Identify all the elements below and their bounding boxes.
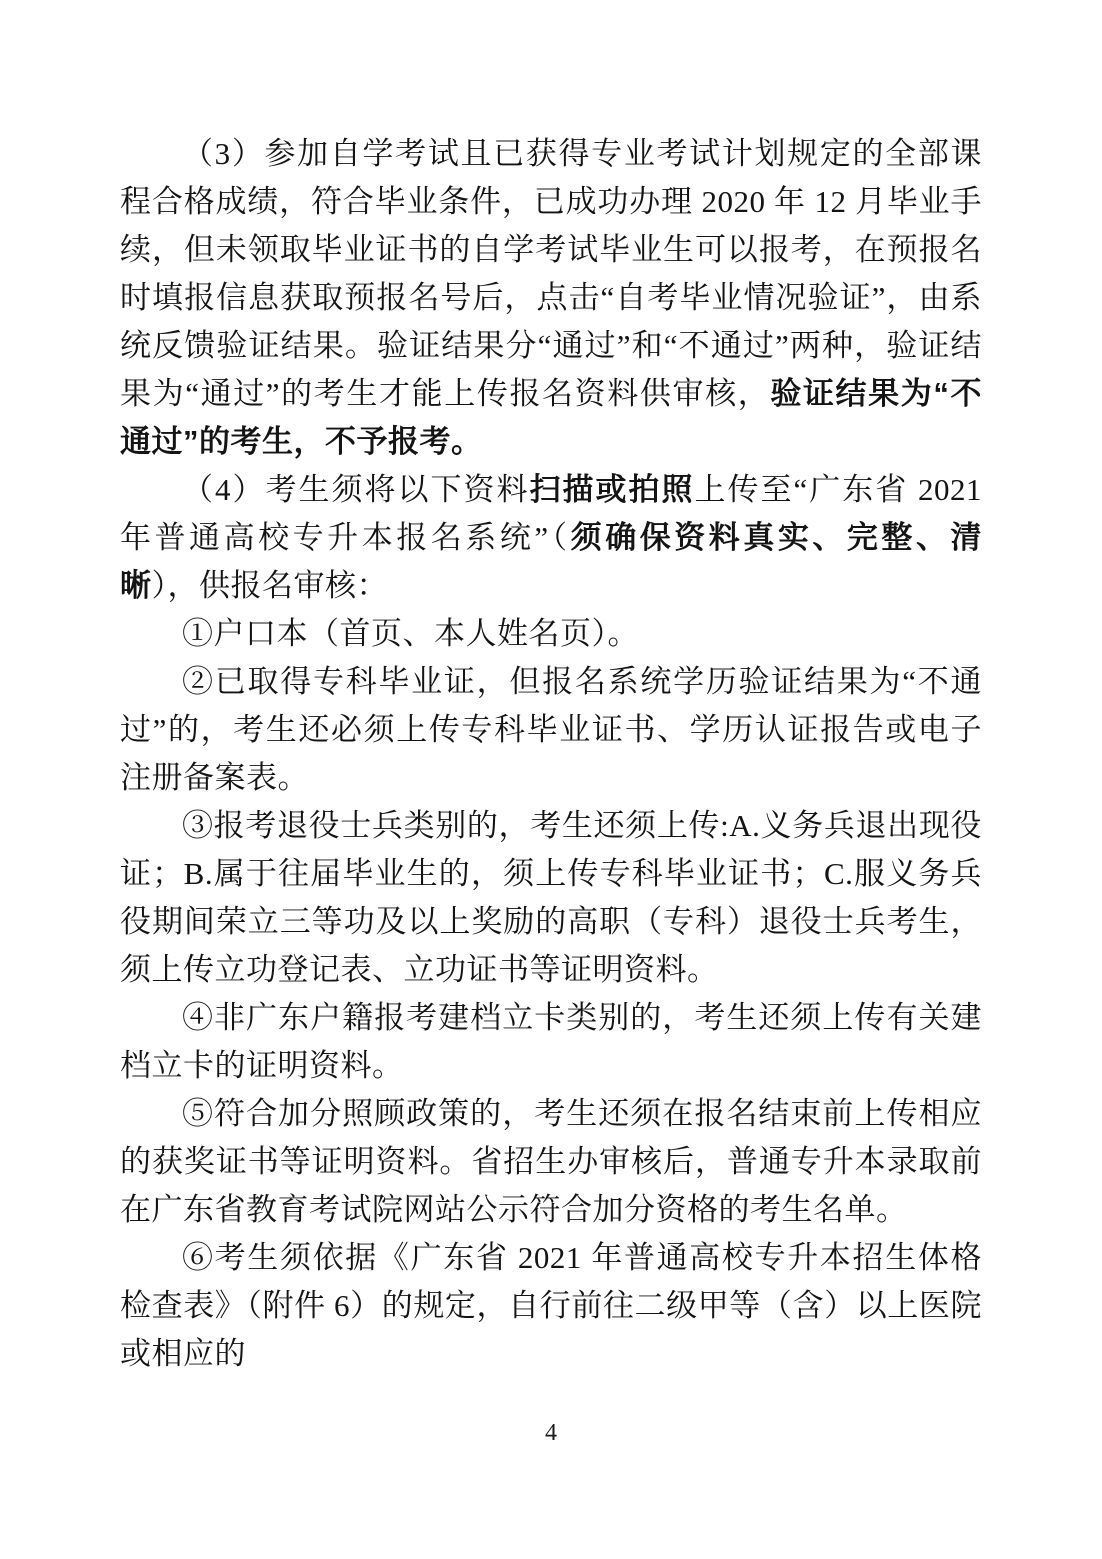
bold-text-segment: 扫描或拍照 (530, 472, 695, 507)
para-subitem-3: ③报考退役士兵类别的，考生还须上传:A.义务兵退出现役证；B.属于往届毕业生的，… (120, 802, 982, 994)
page-footer: 4 (0, 1418, 1102, 1448)
para-subitem-6: ⑥考生须依据《广东省 2021 年普通高校专升本招生体格检查表》（附件 6）的规… (120, 1234, 982, 1378)
para-item-4: （4）考生须将以下资料扫描或拍照上传至“广东省 2021 年普通高校专升本报名系… (120, 466, 982, 610)
para-subitem-1: ①户口本（首页、本人姓名页）。 (120, 610, 982, 658)
document-page: （3）参加自学考试且已获得专业考试计划规定的全部课程合格成绩，符合毕业条件，已成… (0, 0, 1102, 1559)
text-segment: ⑤符合加分照顾政策的，考生还须在报名结束前上传相应的获奖证书等证明资料。省招生办… (120, 1096, 982, 1227)
text-segment: （4）考生须将以下资料 (182, 472, 530, 507)
document-body: （3）参加自学考试且已获得专业考试计划规定的全部课程合格成绩，符合毕业条件，已成… (120, 130, 982, 1378)
text-segment: ④非广东户籍报考建档立卡类别的，考生还须上传有关建档立卡的证明资料。 (120, 1000, 982, 1083)
text-segment: ①户口本（首页、本人姓名页）。 (182, 616, 639, 651)
para-subitem-2: ②已取得专科毕业证，但报名系统学历验证结果为“不通过”的，考生还必须上传专科毕业… (120, 658, 982, 802)
para-subitem-4: ④非广东户籍报考建档立卡类别的，考生还须上传有关建档立卡的证明资料。 (120, 994, 982, 1090)
para-subitem-5: ⑤符合加分照顾政策的，考生还须在报名结束前上传相应的获奖证书等证明资料。省招生办… (120, 1090, 982, 1234)
page-number: 4 (545, 1420, 557, 1446)
text-segment: ②已取得专科毕业证，但报名系统学历验证结果为“不通过”的，考生还必须上传专科毕业… (120, 664, 982, 795)
para-item-3: （3）参加自学考试且已获得专业考试计划规定的全部课程合格成绩，符合毕业条件，已成… (120, 130, 982, 466)
text-segment: ⑥考生须依据《广东省 2021 年普通高校专升本招生体格检查表》（附件 6）的规… (120, 1240, 982, 1371)
text-segment: ③报考退役士兵类别的，考生还须上传:A.义务兵退出现役证；B.属于往届毕业生的，… (120, 808, 982, 987)
text-segment: ），供报名审核： (152, 568, 389, 603)
text-segment: （3）参加自学考试且已获得专业考试计划规定的全部课程合格成绩，符合毕业条件，已成… (120, 136, 982, 411)
